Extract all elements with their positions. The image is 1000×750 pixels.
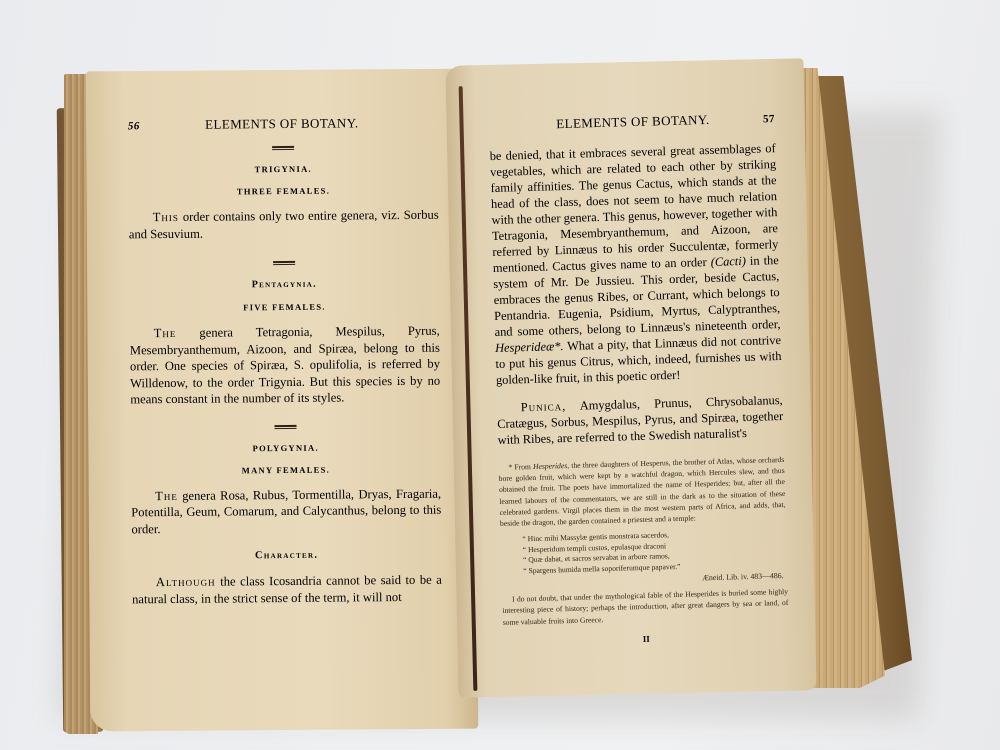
order-heading-polygynia: POLYGYNIA.	[131, 441, 441, 454]
order-heading-trigynia: TRIGYNIA.	[128, 163, 438, 176]
latin-verse-quote: “ Hinc mihi Massylæ gentis monstrata sac…	[522, 527, 787, 576]
paragraph-polygynia: The genera Rosa, Rubus, Tormentilla, Dry…	[131, 485, 441, 537]
section-heading-character: Character.	[132, 549, 442, 563]
left-page-content: 56 ELEMENTS OF BOTANY. TRIGYNIA. THREE F…	[128, 115, 442, 618]
page-number-left: 56	[128, 120, 140, 132]
footnote-closing: I do not doubt, that under the mythologi…	[502, 586, 789, 628]
page-number-right: 57	[763, 113, 775, 125]
order-heading-pentagynia: Pentagynia.	[129, 278, 439, 292]
footnote-hesperides: * From Hesperides, the three daughters o…	[498, 454, 786, 529]
paragraph-character: Although the class Icosandria cannot be …	[132, 572, 442, 608]
right-page-content: ELEMENTS OF BOTANY. 57 be denied, that i…	[489, 110, 790, 648]
order-subtitle-three-females: THREE FEMALES.	[128, 185, 438, 198]
section-rule	[273, 261, 295, 265]
section-rule	[272, 146, 294, 150]
paragraph-punica: Punica, Amygdalus, Prunus, Chrysobalanus…	[497, 392, 784, 448]
footnote-reference[interactable]: Hesperideæ*.	[495, 339, 564, 355]
order-subtitle-five-females: FIVE FEMALES.	[129, 301, 439, 314]
paragraph-trigynia: This order contains only two entire gene…	[129, 207, 439, 243]
paragraph-pentagynia: The genera Tetragonia, Mespilus, Pyrus, …	[130, 323, 441, 408]
section-rule	[275, 424, 297, 428]
paragraph-icosandria-continued: be denied, that it embraces several grea…	[489, 140, 782, 388]
running-head-title-left: ELEMENTS OF BOTANY.	[140, 115, 424, 133]
left-running-head: 56 ELEMENTS OF BOTANY.	[128, 115, 438, 134]
order-subtitle-many-females: MANY FEMALES.	[131, 463, 441, 476]
